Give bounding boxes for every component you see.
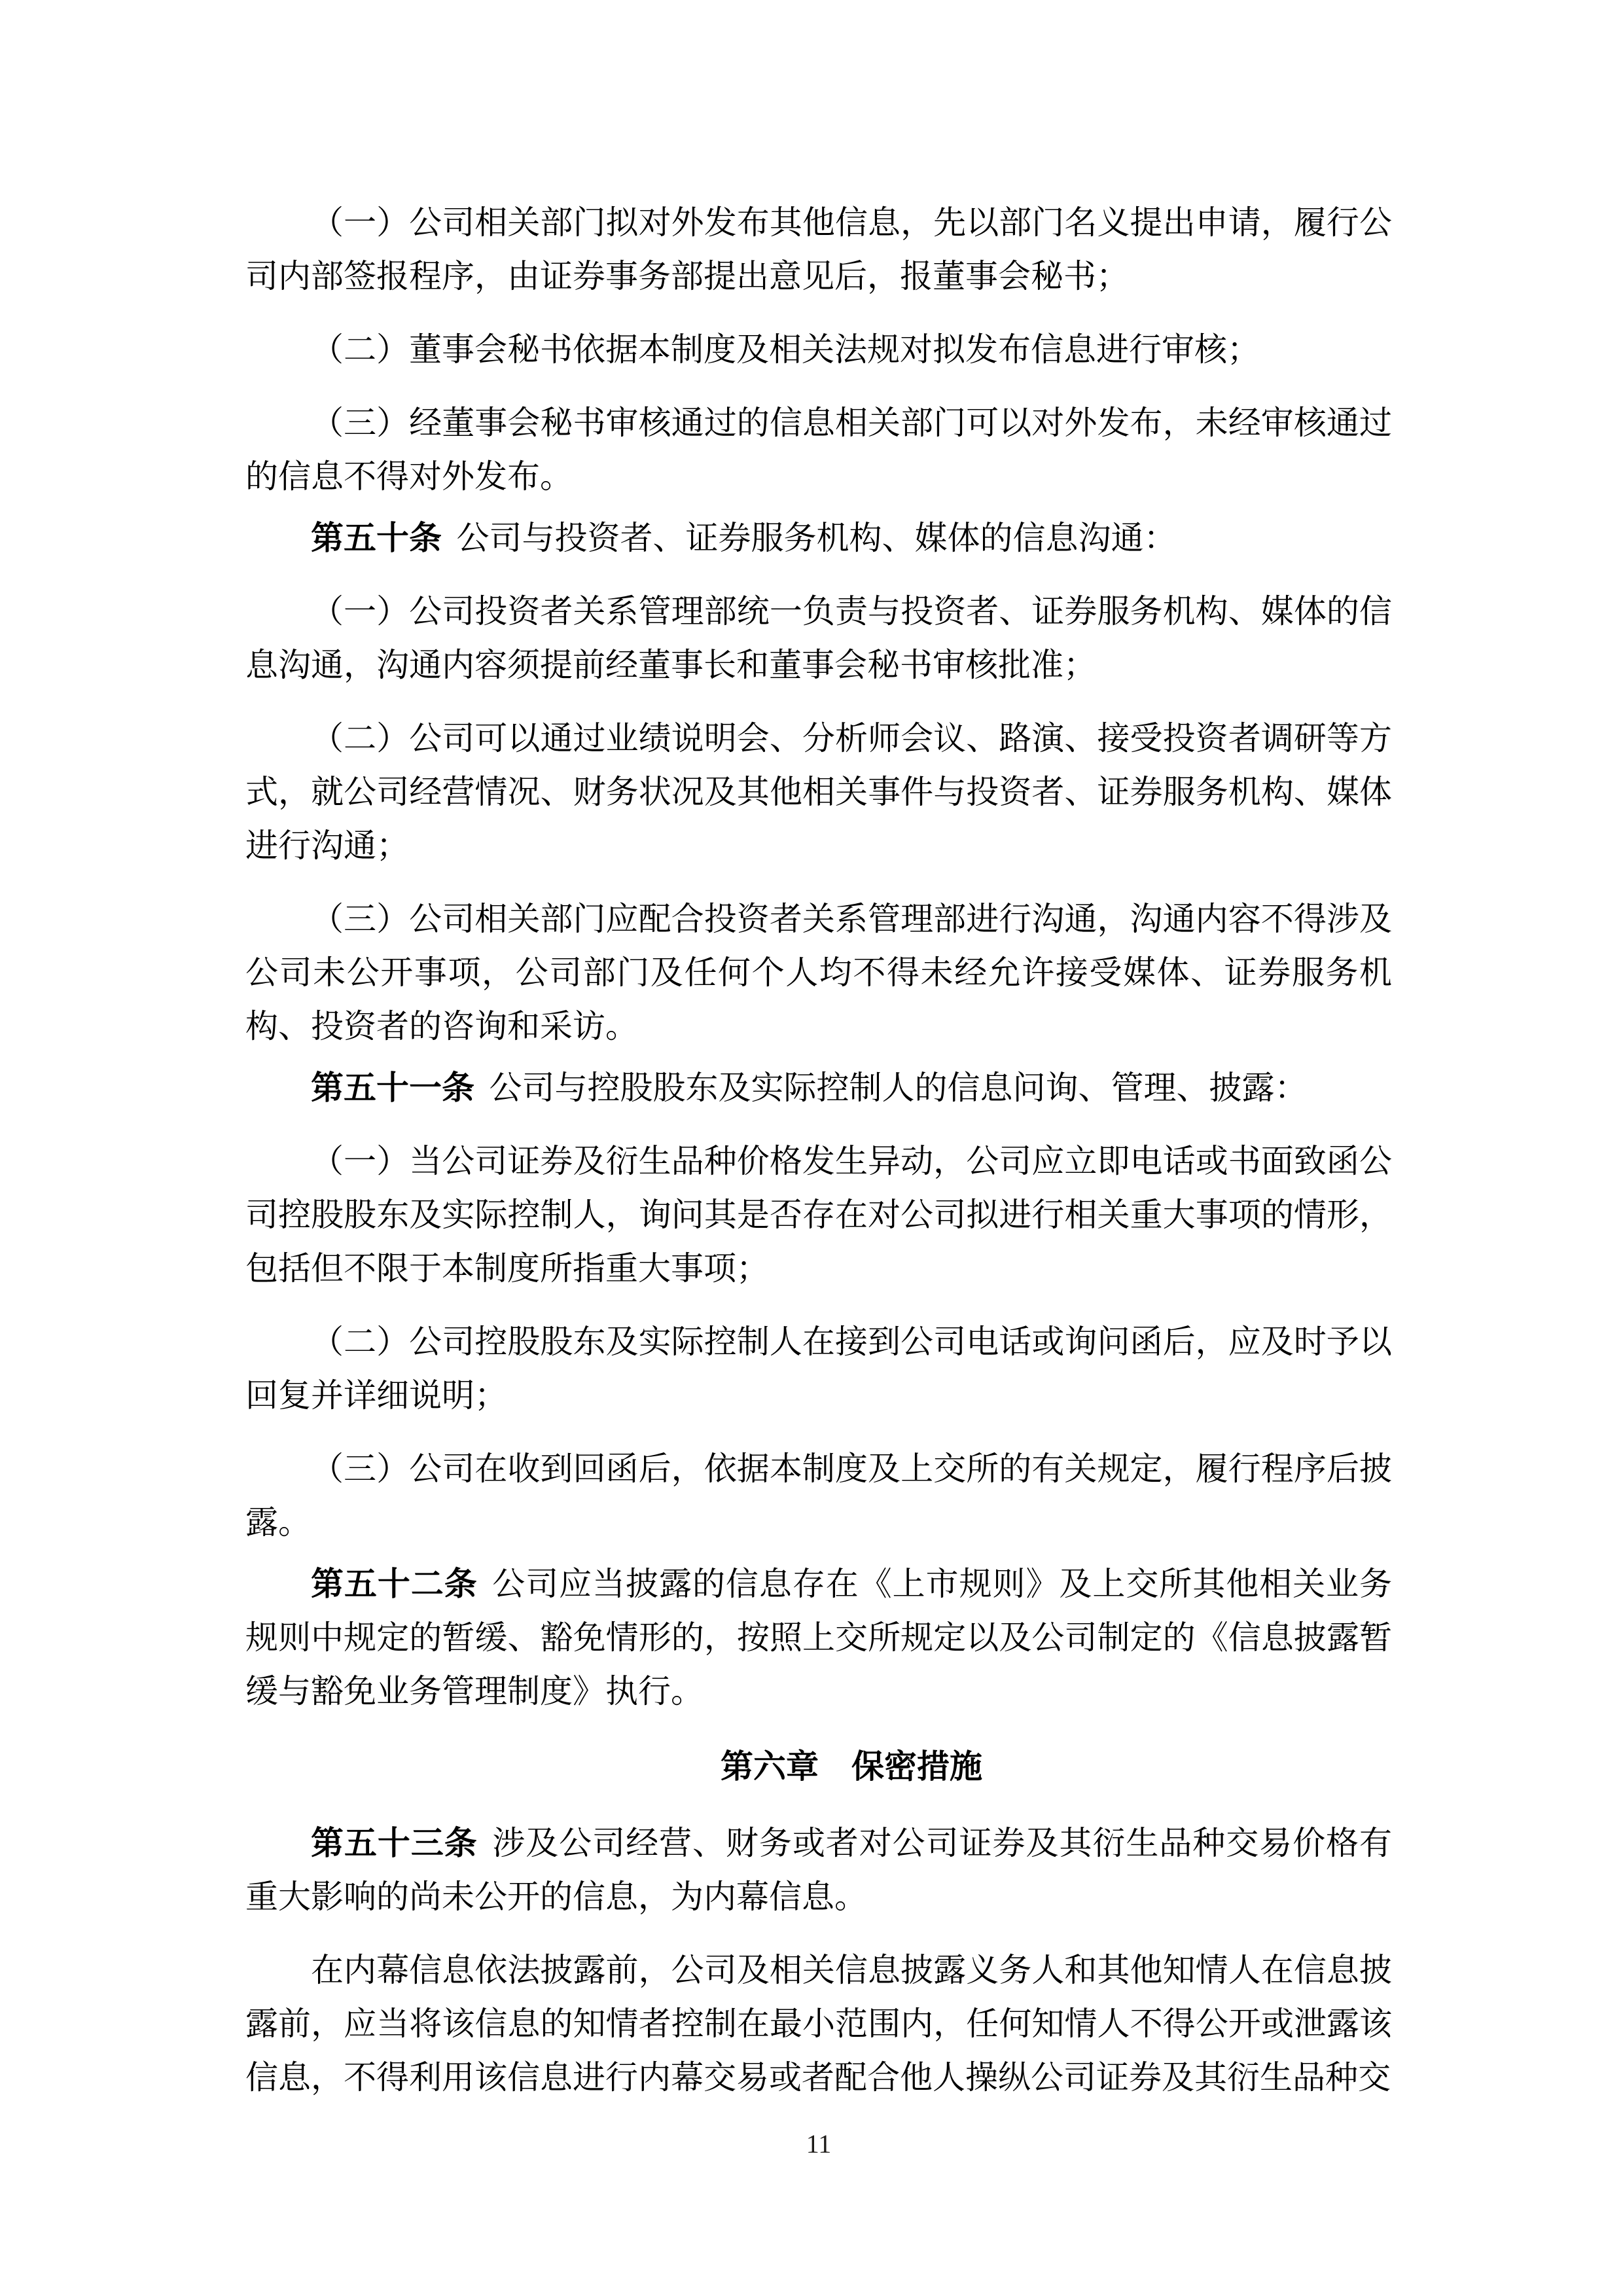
paragraph-text: （一）当公司证券及衍生品种价格发生异动，公司应立即电话或书面致函公司控股股东及实…	[245, 1143, 1392, 1287]
paragraph-text: 公司与控股股东及实际控制人的信息问询、管理、披露：	[490, 1069, 1308, 1106]
paragraph-text: 在内幕信息依法披露前，公司及相关信息披露义务人和其他知情人在信息披露前，应当将该…	[245, 1952, 1392, 2096]
article-number: 第五十条	[311, 520, 442, 556]
paragraph-text: （二）公司可以通过业绩说明会、分析师会议、路演、接受投资者调研等方式，就公司经营…	[245, 720, 1392, 864]
paragraph-text: （三）公司在收到回函后，依据本制度及上交所的有关规定，履行程序后披露。	[245, 1450, 1392, 1541]
paragraph-text: （三）经董事会秘书审核通过的信息相关部门可以对外发布，未经审核通过的信息不得对外…	[245, 404, 1392, 495]
paragraph: 第五十一条公司与控股股东及实际控制人的信息问询、管理、披露：	[245, 1061, 1392, 1115]
paragraph-text: 公司与投资者、证券服务机构、媒体的信息沟通：	[457, 520, 1177, 556]
paragraph: （二）公司控股股东及实际控制人在接到公司电话或询问函后，应及时予以回复并详细说明…	[245, 1315, 1392, 1422]
paragraph: （一）当公司证券及衍生品种价格发生异动，公司应立即电话或书面致函公司控股股东及实…	[245, 1134, 1392, 1295]
paragraph-text: 保密措施	[851, 1748, 982, 1785]
chapter-heading: 第六章保密措施	[245, 1740, 1392, 1793]
paragraph: （三）公司相关部门应配合投资者关系管理部进行沟通，沟通内容不得涉及公司未公开事项…	[245, 892, 1392, 1053]
paragraph: 第五十条公司与投资者、证券服务机构、媒体的信息沟通：	[245, 511, 1392, 565]
paragraph: （一）公司相关部门拟对外发布其他信息，先以部门名义提出申请，履行公司内部签报程序…	[245, 196, 1392, 303]
paragraph: 第五十二条公司应当披露的信息存在《上市规则》及上交所其他相关业务规则中规定的暂缓…	[245, 1557, 1392, 1718]
paragraph: （三）经董事会秘书审核通过的信息相关部门可以对外发布，未经审核通过的信息不得对外…	[245, 396, 1392, 503]
page-number: 11	[245, 2128, 1392, 2160]
paragraph: 第五十三条涉及公司经营、财务或者对公司证券及其衍生品种交易价格有重大影响的尚未公…	[245, 1816, 1392, 1924]
document-body: （一）公司相关部门拟对外发布其他信息，先以部门名义提出申请，履行公司内部签报程序…	[245, 176, 1392, 2104]
paragraph-text: （二）公司控股股东及实际控制人在接到公司电话或询问函后，应及时予以回复并详细说明…	[245, 1323, 1392, 1414]
article-number: 第五十三条	[311, 1825, 478, 1861]
document-page: { "page": { "number": "11", "colors": { …	[0, 0, 1623, 2296]
paragraph: （一）公司投资者关系管理部统一负责与投资者、证券服务机构、媒体的信息沟通，沟通内…	[245, 584, 1392, 692]
paragraph: （三）公司在收到回函后，依据本制度及上交所的有关规定，履行程序后披露。	[245, 1442, 1392, 1549]
paragraph-text: （一）公司相关部门拟对外发布其他信息，先以部门名义提出申请，履行公司内部签报程序…	[245, 204, 1392, 295]
chapter-number: 第六章	[721, 1748, 819, 1785]
paragraph-text: （三）公司相关部门应配合投资者关系管理部进行沟通，沟通内容不得涉及公司未公开事项…	[245, 901, 1392, 1045]
paragraph: （二）董事会秘书依据本制度及相关法规对拟发布信息进行审核；	[245, 323, 1392, 376]
paragraph: 在内幕信息依法披露前，公司及相关信息披露义务人和其他知情人在信息披露前，应当将该…	[245, 1943, 1392, 2104]
paragraph-text: （一）公司投资者关系管理部统一负责与投资者、证券服务机构、媒体的信息沟通，沟通内…	[245, 593, 1392, 683]
paragraph-text: （二）董事会秘书依据本制度及相关法规对拟发布信息进行审核；	[311, 331, 1260, 368]
paragraph: （二）公司可以通过业绩说明会、分析师会议、路演、接受投资者调研等方式，就公司经营…	[245, 711, 1392, 872]
article-number: 第五十二条	[311, 1566, 478, 1602]
article-number: 第五十一条	[311, 1069, 474, 1106]
